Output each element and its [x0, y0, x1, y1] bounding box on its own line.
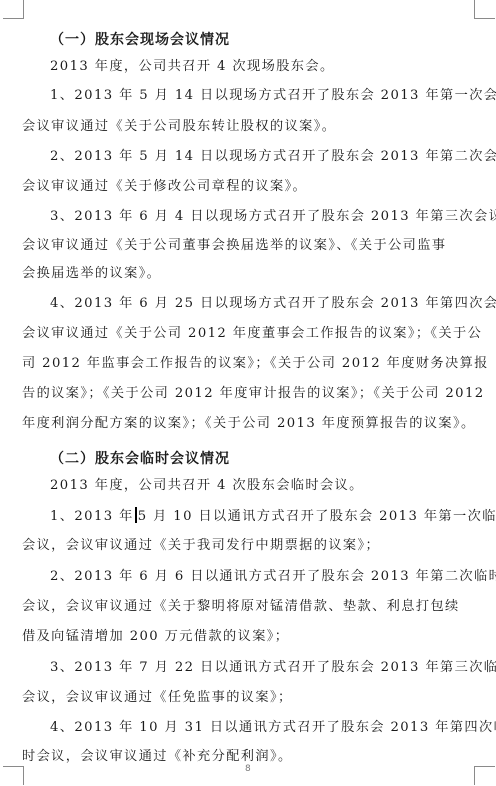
section-heading-interim-meetings: （二）股东会临时会议情况	[50, 448, 230, 468]
section1-item4-line4: 告的议案》；《关于公司 2012 年度审计报告的议案》；《关于公司 2012	[22, 385, 476, 403]
section1-item4-line3: 司 2012 年监事会工作报告的议案》；《关于公司 2012 年度财务决算报	[22, 355, 476, 373]
section2-item2-line3: 借及向锰清增加 200 万元借款的议案》；	[22, 628, 476, 646]
section1-item2-line2: 会议审议通过《关于修改公司章程的议案》。	[22, 178, 476, 196]
section1-item3-line2: 会议审议通过《关于公司董事会换届选举的议案》、《关于公司监事	[22, 237, 476, 255]
section2-item3-line1: 3、2013 年 7 月 22 日以通讯方式召开了股东会 2013 年第三次临时	[50, 659, 476, 677]
section2-item3-line2: 会议，会议审议通过《任免监事的议案》；	[22, 689, 476, 707]
section1-item1-line1: 1、2013 年 5 月 14 日以现场方式召开了股东会 2013 年第一次会议…	[50, 87, 476, 105]
section1-item3-line1: 3、2013 年 6 月 4 日以现场方式召开了股东会 2013 年第三次会议，	[50, 208, 476, 226]
section2-item4-line1: 4、2013 年 10 月 31 日以通讯方式召开了股东会 2013 年第四次临	[50, 719, 476, 737]
page-corner-mark-bottom-right	[474, 766, 495, 785]
section2-item2-line2: 会议，会议审议通过《关于黎明将原对锰清借款、垫款、利息打包续	[22, 598, 476, 616]
section-heading-onsite-meetings: （一）股东会现场会议情况	[50, 29, 230, 49]
section2-item1-line2: 会议，会议审议通过《关于我司发行中期票据的议案》；	[22, 537, 476, 555]
section2-summary: 2013 年度，公司共召开 4 次股东会临时会议。	[50, 477, 476, 495]
section2-item1-line1: 1、2013 年5 月 10 日以通讯方式召开了股东会 2013 年第一次临时	[50, 507, 476, 526]
section1-summary: 2013 年度，公司共召开 4 次现场股东会。	[50, 58, 476, 76]
section1-item3-line3: 会换届选举的议案》。	[22, 265, 476, 283]
section2-item1-text-before-caret: 1、2013 年	[50, 509, 134, 524]
section2-item1-text-after-caret: 5 月 10 日以通讯方式召开了股东会 2013 年第一次临时	[138, 509, 496, 524]
section1-item1-line2: 会议审议通过《关于公司股东转让股权的议案》。	[22, 118, 476, 136]
page-number: 8	[245, 764, 251, 774]
page-corner-mark-top-right	[474, 0, 495, 19]
section1-item4-line1: 4、2013 年 6 月 25 日以现场方式召开了股东会 2013 年第四次会议…	[50, 295, 476, 313]
page-corner-mark-top-left	[3, 0, 24, 19]
section2-item2-line1: 2、2013 年 6 月 6 日以通讯方式召开了股东会 2013 年第二次临时	[50, 568, 476, 586]
section1-item4-line5: 年度利润分配方案的议案》；《关于公司 2013 年度预算报告的议案》。	[22, 415, 476, 433]
section1-item4-line2: 会议审议通过《关于公司 2012 年度董事会工作报告的议案》；《关于公	[22, 325, 476, 343]
section1-item2-line1: 2、2013 年 5 月 14 日以现场方式召开了股东会 2013 年第二次会议…	[50, 148, 476, 166]
text-cursor	[135, 507, 137, 523]
page-corner-mark-bottom-left	[3, 766, 24, 785]
